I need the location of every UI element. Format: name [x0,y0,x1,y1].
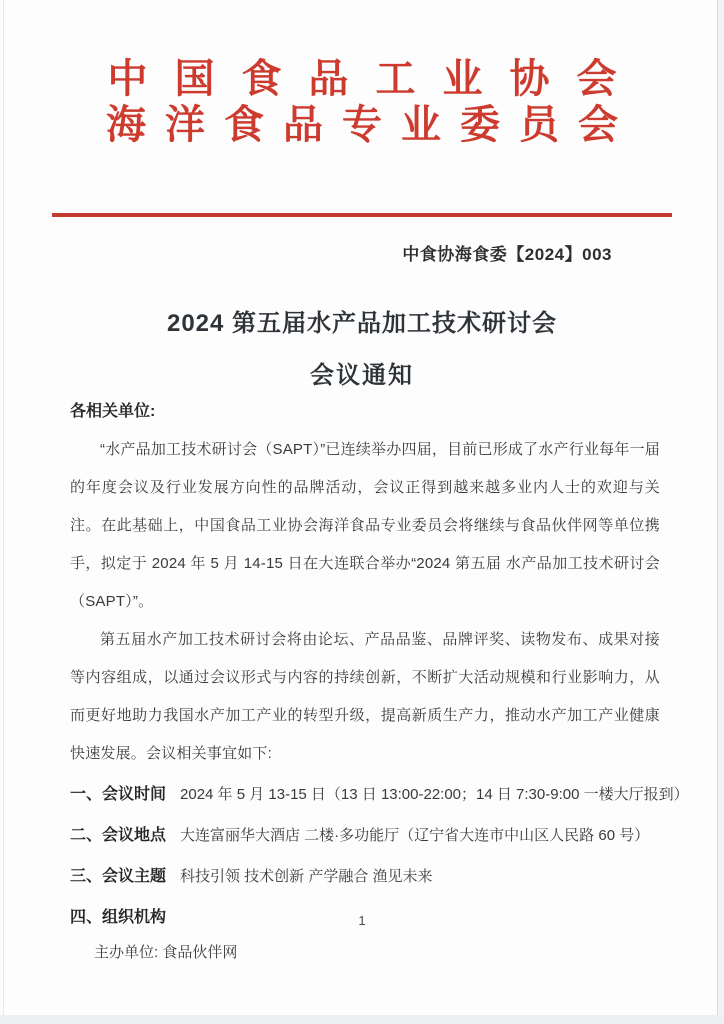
document-page: 中国食品工业协会 海洋食品专业委员会 中食协海食委【2024】003 2024 … [0,0,724,1024]
organizer-line: 主办单位: 食品伙伴网 [70,934,660,972]
org-name-line1: 中国食品工业协会 [0,56,724,102]
document-number: 中食协海食委【2024】003 [402,240,612,265]
agenda-item-meeting-time: 一、会议时间2024 年 5 月 13-15 日（13 日 13:00-22:0… [70,776,660,814]
scan-edge-left [3,0,4,1024]
page-number: 1 [0,913,724,928]
paragraph-event-description: 第五届水产加工技术研讨会将由论坛、产品品鉴、品牌评奖、读物发布、成果对接等内容组… [70,621,660,773]
agenda-item-label: 一、会议时间 [70,786,166,803]
scan-edge-right-line [717,0,718,1024]
scan-edge-right-band [718,0,724,1024]
letterhead-divider [52,213,672,217]
document-subtitle: 会议通知 [0,355,724,390]
agenda-item-meeting-theme: 三、会议主题科技引领 技术创新 产学融合 渔见未来 [70,858,660,896]
agenda-item-label: 二、会议地点 [70,827,166,844]
agenda-item-text: 2024 年 5 月 13-15 日（13 日 13:00-22:00；14 日… [180,786,689,803]
agenda-item-label: 三、会议主题 [70,868,166,885]
document-body: 各相关单位: “水产品加工技术研讨会（SAPT）”已连续举办四届，目前已形成了水… [70,393,660,972]
org-name-line2: 海洋食品专业委员会 [0,102,724,148]
agenda-item-text: 科技引领 技术创新 产学融合 渔见未来 [180,868,433,885]
scan-edge-bottom [0,1015,724,1024]
agenda-item-text: 大连富丽华大酒店 二楼·多功能厅（辽宁省大连市中山区人民路 60 号） [180,827,649,844]
title-block: 2024 第五届水产品加工技术研讨会 会议通知 [0,303,724,390]
letterhead: 中国食品工业协会 海洋食品专业委员会 [0,56,724,148]
agenda-item-meeting-location: 二、会议地点大连富丽华大酒店 二楼·多功能厅（辽宁省大连市中山区人民路 60 号… [70,817,660,855]
salutation: 各相关单位: [70,393,660,431]
paragraph-introduction: “水产品加工技术研讨会（SAPT）”已连续举办四届，目前已形成了水产行业每年一届… [70,431,660,621]
document-title: 2024 第五届水产品加工技术研讨会 [0,303,724,338]
